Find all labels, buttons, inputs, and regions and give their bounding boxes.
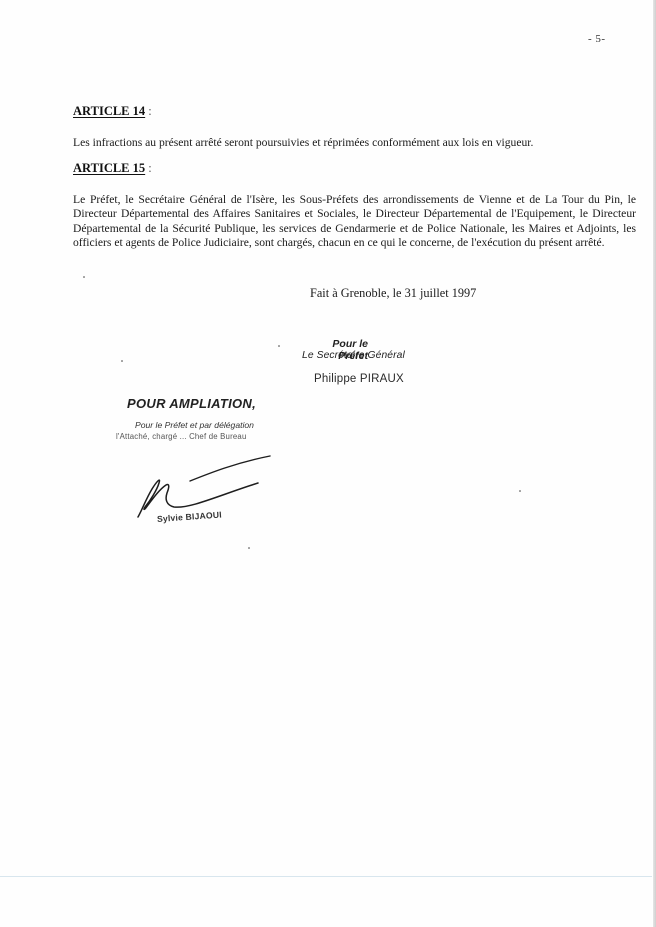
article-15-text: Le Préfet, le Secrétaire Général de l'Is…: [73, 193, 636, 251]
scan-speck: [519, 490, 521, 492]
attache-line: l'Attaché, chargé ... Chef de Bureau: [116, 432, 246, 441]
article-14-text: Les infractions au présent arrêté seront…: [73, 136, 533, 150]
ampliation-stamp-title: POUR AMPLIATION,: [127, 396, 256, 411]
article-14-title: ARTICLE 14: [73, 104, 145, 118]
delegation-line: Pour le Préfet et par délégation: [135, 420, 254, 430]
scan-speck: [121, 360, 123, 362]
scan-speck: [278, 345, 280, 347]
article-15-colon: :: [145, 161, 152, 175]
article-15-heading: ARTICLE 15 :: [73, 161, 152, 176]
article-14-heading: ARTICLE 14 :: [73, 104, 152, 119]
article-14-colon: :: [145, 104, 152, 118]
article-15-title: ARTICLE 15: [73, 161, 145, 175]
scan-speck: [83, 276, 85, 278]
secretary-general-name: Philippe PIRAUX: [314, 373, 404, 385]
place-and-date: Fait à Grenoble, le 31 juillet 1997: [310, 286, 476, 301]
document-page: - 5- ARTICLE 14 : Les infractions au pré…: [0, 0, 652, 927]
page-number: - 5-: [588, 33, 606, 45]
page-bottom-divider: [0, 876, 652, 877]
secretary-general-title: Le Secrétaire Général: [302, 350, 370, 361]
scan-speck: [248, 547, 250, 549]
